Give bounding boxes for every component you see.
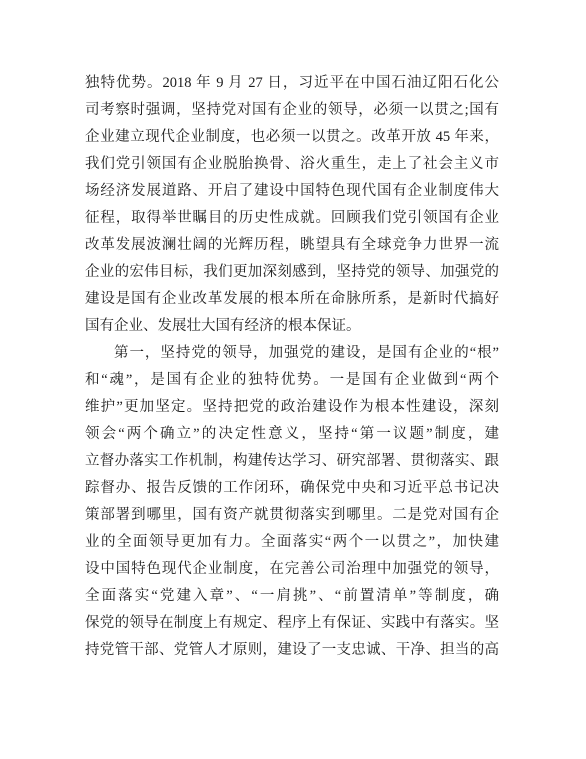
text-line: 建设是国有企业改革发展的根本所在命脉所系，是新时代搞好 <box>85 286 499 313</box>
text-line: 立督办落实工作机制，构建传达学习、研究部署、贯彻落实、跟 <box>85 448 499 475</box>
text-line: 第一，坚持党的领导，加强党的建设，是国有企业的“根” <box>85 340 499 367</box>
text-line: 维护”更加坚定。坚持把党的政治建设作为根本性建设，深刻 <box>85 394 499 421</box>
text-line: 踪督办、报告反馈的工作闭环，确保党中央和习近平总书记决 <box>85 475 499 502</box>
text-line: 设中国特色现代企业制度，在完善公司治理中加强党的领导， <box>85 556 499 583</box>
text-line: 业的全面领导更加有力。全面落实“两个一以贯之”，加快建 <box>85 529 499 556</box>
text-line: 我们党引领国有企业脱胎换骨、浴火重生，走上了社会主义市 <box>85 151 499 178</box>
text-line: 和“魂”，是国有企业的独特优势。一是国有企业做到“两个 <box>85 367 499 394</box>
text-line: 改革发展波澜壮阔的光辉历程，眺望具有全球竞争力世界一流 <box>85 232 499 259</box>
document-page: 独特优势。2018 年 9 月 27 日，习近平在中国石油辽阳石化公 司考察时强… <box>0 0 586 759</box>
text-block: 独特优势。2018 年 9 月 27 日，习近平在中国石油辽阳石化公 司考察时强… <box>85 70 499 664</box>
text-line: 征程，取得举世瞩目的历史性成就。回顾我们党引领国有企业 <box>85 205 499 232</box>
text-line: 企业建立现代企业制度，也必须一以贯之。改革开放 45 年来， <box>85 124 499 151</box>
text-line: 保党的领导在制度上有规定、程序上有保证、实践中有落实。坚 <box>85 610 499 637</box>
paragraph-1: 独特优势。2018 年 9 月 27 日，习近平在中国石油辽阳石化公 司考察时强… <box>85 70 499 340</box>
text-line: 全面落实“党建入章”、“一肩挑”、“前置清单”等制度，确 <box>85 583 499 610</box>
paragraph-2: 第一，坚持党的领导，加强党的建设，是国有企业的“根” 和“魂”，是国有企业的独特… <box>85 340 499 664</box>
text-line: 持党管干部、党管人才原则，建设了一支忠诚、干净、担当的高 <box>85 637 499 664</box>
text-line: 领会“两个确立”的决定性意义，坚持“第一议题”制度，建 <box>85 421 499 448</box>
text-line: 司考察时强调，坚持党对国有企业的领导，必须一以贯之;国有 <box>85 97 499 124</box>
text-line: 场经济发展道路、开启了建设中国特色现代国有企业制度伟大 <box>85 178 499 205</box>
text-line: 策部署到哪里，国有资产就贯彻落实到哪里。二是党对国有企 <box>85 502 499 529</box>
text-line: 企业的宏伟目标，我们更加深刻感到，坚持党的领导、加强党的 <box>85 259 499 286</box>
text-line: 独特优势。2018 年 9 月 27 日，习近平在中国石油辽阳石化公 <box>85 70 499 97</box>
text-line: 国有企业、发展壮大国有经济的根本保证。 <box>85 313 499 340</box>
